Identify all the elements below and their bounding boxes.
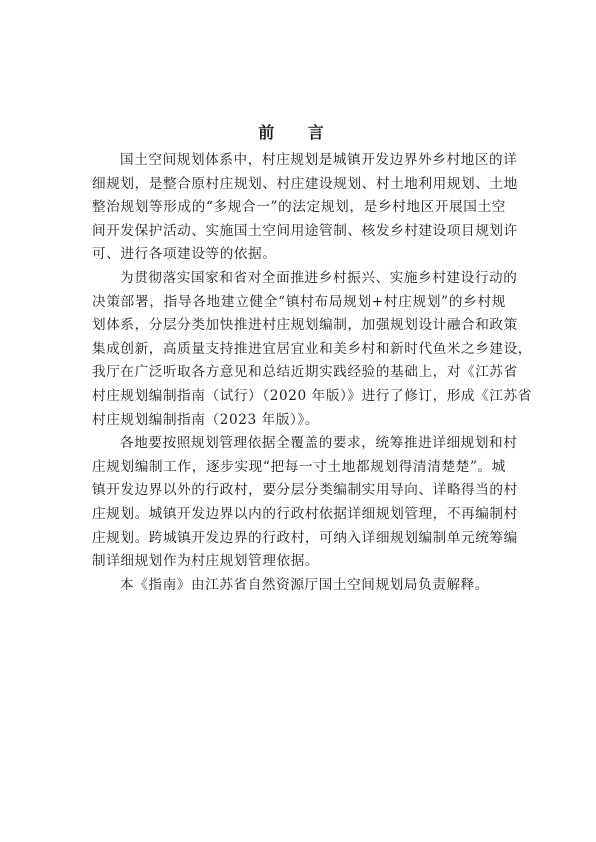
paragraph-3: 各地要按照规划管理依据全覆盖的要求，统筹推进详细规划和村 庄规划编制工作，逐步实… [92,432,506,574]
text-line: 可、进行各项建设等的依据。 [92,243,506,267]
text-line: 间开发保护活动、实施国土空间用途管制、核发乡村建设项目规划许 [92,220,506,244]
text-line: 各地要按照规划管理依据全覆盖的要求，统筹推进详细规划和村 [92,432,506,456]
document-page: 前 言 国土空间规划体系中，村庄规划是城镇开发边界外乡村地区的详 细规划，是整合… [0,0,596,842]
text-line: 决策部署，指导各地建立健全“镇村布局规划+村庄规划”的乡村规 [92,291,506,315]
paragraph-1: 国土空间规划体系中，村庄规划是城镇开发边界外乡村地区的详 细规划，是整合原村庄规… [92,149,506,267]
text-line: 本《指南》由江苏省自然资源厅国土空间规划局负责解释。 [92,574,506,598]
text-line: 细规划，是整合原村庄规划、村庄建设规划、村土地利用规划、土地 [92,173,506,197]
text-line: 为贯彻落实国家和省对全面推进乡村振兴、实施乡村建设行动的 [92,267,506,291]
text-line: 村庄规划编制指南（2023 年版）》。 [92,409,506,433]
text-line: 庄规划。跨城镇开发边界的行政村，可纳入详细规划编制单元统筹编 [92,527,506,551]
text-line: 我厅在广泛听取各方意见和总结近期实践经验的基础上，对《江苏省 [92,361,506,385]
text-line: 整治规划等形成的“多规合一”的法定规划，是乡村地区开展国土空 [92,196,506,220]
text-line: 集成创新，高质量支持推进宜居宜业和美乡村和新时代鱼米之乡建设， [92,338,506,362]
paragraph-4: 本《指南》由江苏省自然资源厅国土空间规划局负责解释。 [92,574,506,598]
text-line: 制详细规划作为村庄规划管理依据。 [92,550,506,574]
text-line: 镇开发边界以外的行政村，要分层分类编制实用导向、详略得当的村 [92,479,506,503]
text-line: 庄规划编制工作，逐步实现“把每一寸土地都规划得清清楚楚”。城 [92,456,506,480]
paragraph-2: 为贯彻落实国家和省对全面推进乡村振兴、实施乡村建设行动的 决策部署，指导各地建立… [92,267,506,432]
text-line: 划体系，分层分类加快推进村庄规划编制，加强规划设计融合和政策 [92,314,506,338]
text-line: 国土空间规划体系中，村庄规划是城镇开发边界外乡村地区的详 [92,149,506,173]
page-title: 前 言 [0,122,596,144]
text-line: 村庄规划编制指南（试行）（2020 年版）》进行了修订，形成《江苏省 [92,385,506,409]
document-body: 国土空间规划体系中，村庄规划是城镇开发边界外乡村地区的详 细规划，是整合原村庄规… [92,149,506,597]
text-line: 庄规划。城镇开发边界以内的行政村依据详细规划管理，不再编制村 [92,503,506,527]
